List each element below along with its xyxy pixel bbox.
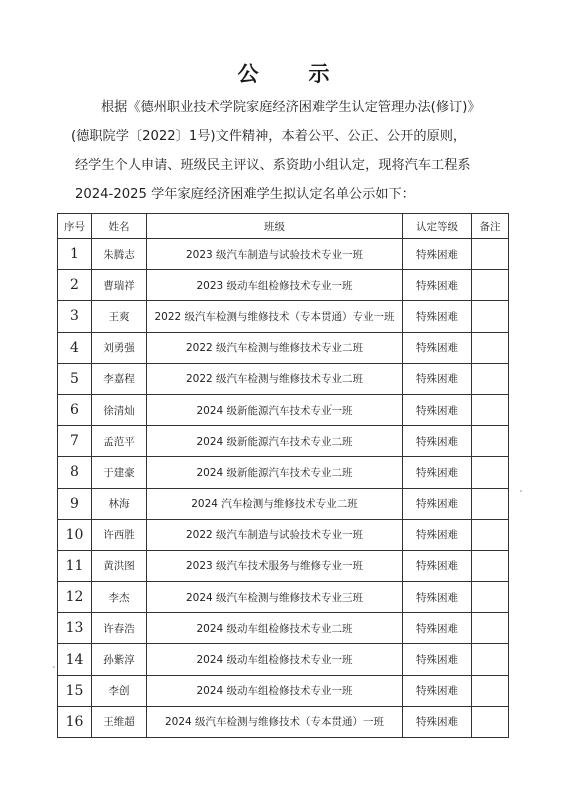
row-class: 2024 级新能源汽车技术专业一班 — [147, 394, 403, 425]
row-level: 特殊困难 — [403, 457, 472, 488]
row-level: 特殊困难 — [403, 270, 472, 301]
page-title: 公示 — [0, 58, 567, 88]
table-row: 10许西胜2022 级汽车制造与试验技术专业一班特殊困难 — [58, 519, 509, 550]
row-level: 特殊困难 — [403, 239, 472, 270]
row-note — [472, 644, 509, 675]
table-row: 16王维超2024 级汽车检测与维修技术（专本贯通）一班特殊困难 — [58, 706, 509, 737]
row-name: 于建豪 — [92, 457, 147, 488]
row-level: 特殊困难 — [403, 363, 472, 394]
row-no: 4 — [58, 332, 92, 363]
row-no: 14 — [58, 644, 92, 675]
row-no: 8 — [58, 457, 92, 488]
row-level: 特殊困难 — [403, 706, 472, 737]
table-row: 3王爽2022 级汽车检测与维修技术（专本贯通）专业一班特殊困难 — [58, 301, 509, 332]
row-note — [472, 582, 509, 613]
table-row: 8于建豪2024 级新能源汽车技术专业二班特殊困难 — [58, 457, 509, 488]
row-name: 曹瑞祥 — [92, 270, 147, 301]
scan-speck — [53, 666, 55, 668]
row-level: 特殊困难 — [403, 644, 472, 675]
row-note — [472, 675, 509, 706]
row-class: 2024 汽车检测与维修技术专业二班 — [147, 488, 403, 519]
paragraph-line-2: (德职院学〔2022〕1号)文件精神，本着公平、公正、公开的原则， — [71, 122, 515, 151]
row-level: 特殊困难 — [403, 519, 472, 550]
row-level: 特殊困难 — [403, 582, 472, 613]
row-class: 2022 级汽车检测与维修技术专业二班 — [147, 332, 403, 363]
title-char-1: 公 — [238, 58, 259, 88]
table-header-row: 序号 姓名 班级 认定等级 备注 — [58, 214, 509, 239]
row-note — [472, 550, 509, 581]
row-class: 2024 级汽车检测与维修技术专业三班 — [147, 582, 403, 613]
row-class: 2024 级新能源汽车技术专业二班 — [147, 426, 403, 457]
table-row: 9林海2024 汽车检测与维修技术专业二班特殊困难 — [58, 488, 509, 519]
table-row: 15李创2024 级动车组检修技术专业一班特殊困难 — [58, 675, 509, 706]
row-class: 2024 级动车组检修技术专业一班 — [147, 675, 403, 706]
row-name: 王爽 — [92, 301, 147, 332]
table-row: 14孙紫淳2024 级动车组检修技术专业一班特殊困难 — [58, 644, 509, 675]
table-row: 13许春浩2024 级动车组检修技术专业二班特殊困难 — [58, 613, 509, 644]
row-no: 15 — [58, 675, 92, 706]
table-row: 6徐清灿2024 级新能源汽车技术专业一班特殊困难 — [58, 394, 509, 425]
row-note — [472, 270, 509, 301]
row-level: 特殊困难 — [403, 613, 472, 644]
row-name: 孟范平 — [92, 426, 147, 457]
header-no: 序号 — [58, 214, 92, 239]
paragraph-line-4: 2024-2025 学年家庭经济困难学生拟认定名单公示如下： — [75, 180, 515, 209]
row-class: 2024 级动车组检修技术专业二班 — [147, 613, 403, 644]
header-note: 备注 — [472, 214, 509, 239]
row-note — [472, 613, 509, 644]
row-no: 1 — [58, 239, 92, 270]
row-note — [472, 239, 509, 270]
row-note — [472, 363, 509, 394]
row-note — [472, 706, 509, 737]
row-name: 许春浩 — [92, 613, 147, 644]
row-level: 特殊困难 — [403, 426, 472, 457]
row-name: 黄洪图 — [92, 550, 147, 581]
row-no: 9 — [58, 488, 92, 519]
row-class: 2023 级汽车制造与试验技术专业一班 — [147, 239, 403, 270]
table-body: 1朱腾志2023 级汽车制造与试验技术专业一班特殊困难2曹瑞祥2023 级动车组… — [58, 239, 509, 738]
paragraph-line-3: 经学生个人申请、班级民主评议、系资助小组认定，现将汽车工程系 — [75, 151, 515, 180]
row-note — [472, 332, 509, 363]
scan-speck — [520, 490, 522, 492]
row-name: 许西胜 — [92, 519, 147, 550]
row-note — [472, 519, 509, 550]
row-level: 特殊困难 — [403, 675, 472, 706]
row-no: 2 — [58, 270, 92, 301]
row-name: 朱腾志 — [92, 239, 147, 270]
row-note — [472, 394, 509, 425]
row-class: 2023 级汽车技术服务与维修专业一班 — [147, 550, 403, 581]
student-list-table: 序号 姓名 班级 认定等级 备注 1朱腾志2023 级汽车制造与试验技术专业一班… — [57, 213, 509, 738]
table-row: 12李杰2024 级汽车检测与维修技术专业三班特殊困难 — [58, 582, 509, 613]
header-class: 班级 — [147, 214, 403, 239]
row-note — [472, 457, 509, 488]
row-level: 特殊困难 — [403, 332, 472, 363]
row-no: 12 — [58, 582, 92, 613]
row-note — [472, 488, 509, 519]
row-no: 11 — [58, 550, 92, 581]
row-no: 6 — [58, 394, 92, 425]
scan-speck — [330, 404, 332, 406]
row-class: 2022 级汽车检测与维修技术专业二班 — [147, 363, 403, 394]
row-no: 3 — [58, 301, 92, 332]
row-name: 李创 — [92, 675, 147, 706]
table-row: 5李嘉程2022 级汽车检测与维修技术专业二班特殊困难 — [58, 363, 509, 394]
table-row: 11黄洪图2023 级汽车技术服务与维修专业一班特殊困难 — [58, 550, 509, 581]
row-name: 李嘉程 — [92, 363, 147, 394]
row-no: 13 — [58, 613, 92, 644]
table-row: 4刘勇强2022 级汽车检测与维修技术专业二班特殊困难 — [58, 332, 509, 363]
row-name: 孙紫淳 — [92, 644, 147, 675]
row-class: 2022 级汽车制造与试验技术专业一班 — [147, 519, 403, 550]
row-class: 2024 级动车组检修技术专业一班 — [147, 644, 403, 675]
row-name: 徐清灿 — [92, 394, 147, 425]
row-level: 特殊困难 — [403, 550, 472, 581]
row-no: 7 — [58, 426, 92, 457]
row-name: 王维超 — [92, 706, 147, 737]
row-note — [472, 426, 509, 457]
table-row: 7孟范平2024 级新能源汽车技术专业二班特殊困难 — [58, 426, 509, 457]
row-level: 特殊困难 — [403, 301, 472, 332]
row-name: 林海 — [92, 488, 147, 519]
intro-paragraph: 根据《德州职业技术学院家庭经济困难学生认定管理办法(修订)》 (德职院学〔202… — [75, 93, 515, 209]
title-char-2: 示 — [309, 58, 330, 88]
row-no: 10 — [58, 519, 92, 550]
row-name: 刘勇强 — [92, 332, 147, 363]
row-class: 2024 级汽车检测与维修技术（专本贯通）一班 — [147, 706, 403, 737]
table-row: 2曹瑞祥2023 级动车组检修技术专业一班特殊困难 — [58, 270, 509, 301]
row-note — [472, 301, 509, 332]
row-level: 特殊困难 — [403, 394, 472, 425]
row-level: 特殊困难 — [403, 488, 472, 519]
row-class: 2022 级汽车检测与维修技术（专本贯通）专业一班 — [147, 301, 403, 332]
row-name: 李杰 — [92, 582, 147, 613]
table-row: 1朱腾志2023 级汽车制造与试验技术专业一班特殊困难 — [58, 239, 509, 270]
row-class: 2024 级新能源汽车技术专业二班 — [147, 457, 403, 488]
header-level: 认定等级 — [403, 214, 472, 239]
row-no: 16 — [58, 706, 92, 737]
header-name: 姓名 — [92, 214, 147, 239]
row-no: 5 — [58, 363, 92, 394]
paragraph-line-1: 根据《德州职业技术学院家庭经济困难学生认定管理办法(修订)》 — [75, 93, 515, 122]
row-class: 2023 级动车组检修技术专业一班 — [147, 270, 403, 301]
